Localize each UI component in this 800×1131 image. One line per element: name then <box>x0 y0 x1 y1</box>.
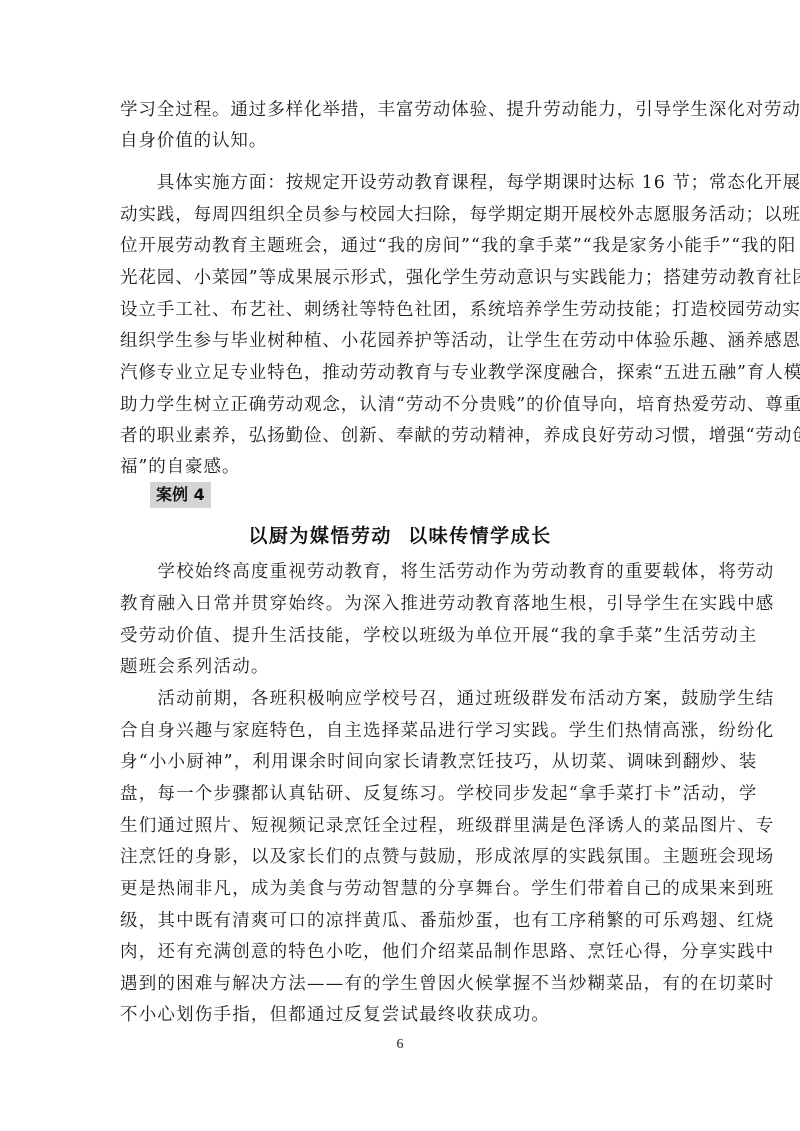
text-line: 合自身兴趣与家庭特色，自主选择菜品进行学习实践。学生们热情高涨，纷纷化 <box>120 720 682 742</box>
text-line: 汽修专业立足专业特色，推动劳动教育与专业教学深度融合，探索“五进五融”育人模式， <box>120 362 682 384</box>
text-line: 活动前期，各班积极响应学校号召，通过班级群发布活动方案，鼓励学生结 <box>120 688 682 710</box>
page-number: 6 <box>0 1037 800 1053</box>
text-line: 肉，还有充满创意的特色小吃，他们介绍菜品制作思路、烹饪心得，分享实践中 <box>120 941 682 963</box>
text-line: 学校始终高度重视劳动教育，将生活劳动作为劳动教育的重要载体，将劳动 <box>120 561 682 583</box>
text-line: 光花园、小菜园”等成果展示形式，强化学生劳动意识与实践能力；搭建劳动教育社团平台… <box>120 267 682 289</box>
text-line: 更是热闹非凡，成为美食与劳动智慧的分享舞台。学生们带着自己的成果来到班 <box>120 878 682 900</box>
text-line: 遇到的困难与解决方法——有的学生曾因火候掌握不当炒糊菜品，有的在切菜时 <box>120 973 682 995</box>
text-line: 身“小小厨神”，利用课余时间向家长请教烹饪技巧，从切菜、调味到翻炒、装 <box>120 751 682 773</box>
text-line: 动实践，每周四组织全员参与校园大扫除，每学期定期开展校外志愿服务活动；以班级为单 <box>120 204 682 226</box>
text-line: 级，其中既有清爽可口的凉拌黄瓜、番茄炒蛋，也有工序稍繁的可乐鸡翅、红烧 <box>120 910 682 932</box>
text-line: 设立手工社、布艺社、刺绣社等特色社团，系统培养学生劳动技能；打造校园劳动实践基地… <box>120 299 682 321</box>
text-line: 组织学生参与毕业树种植、小花园养护等活动，让学生在劳动中体验乐趣、涵养感恩情怀； <box>120 330 682 352</box>
text-line: 生们通过照片、短视频记录烹饪全过程，班级群里满是色泽诱人的菜品图片、专 <box>120 815 682 837</box>
text-line: 福”的自豪感。 <box>120 456 682 478</box>
text-line: 教育融入日常并贯穿始终。为深入推进劳动教育落地生根，引导学生在实践中感 <box>120 593 682 615</box>
case-title: 以厨为媒悟劳动 以味传情学成长 <box>0 524 800 548</box>
text-line: 者的职业素养，弘扬勤俭、创新、奉献的劳动精神，养成良好劳动习惯，增强“劳动创造幸 <box>120 425 682 447</box>
text-line: 不小心划伤手指，但都通过反复尝试最终收获成功。 <box>120 1004 682 1026</box>
text-line: 助力学生树立正确劳动观念，认清“劳动不分贵贱”的价值导向，培育热爱劳动、尊重劳动 <box>120 394 682 416</box>
text-line: 自身价值的认知。 <box>120 130 682 152</box>
document-page: 学习全过程。通过多样化举措，丰富劳动体验、提升劳动能力，引导学生深化对劳动价值与… <box>0 0 800 1131</box>
text-line: 学习全过程。通过多样化举措，丰富劳动体验、提升劳动能力，引导学生深化对劳动价值与 <box>120 99 682 121</box>
text-line: 注烹饪的身影，以及家长们的点赞与鼓励，形成浓厚的实践氛围。主题班会现场 <box>120 846 682 868</box>
text-line: 题班会系列活动。 <box>120 656 682 678</box>
text-line: 盘，每一个步骤都认真钻研、反复练习。学校同步发起“拿手菜打卡”活动，学 <box>120 783 682 805</box>
case-label: 案例 4 <box>150 482 211 508</box>
text-line: 受劳动价值、提升生活技能，学校以班级为单位开展“我的拿手菜”生活劳动主 <box>120 625 682 647</box>
text-line: 具体实施方面：按规定开设劳动教育课程，每学期课时达标 16 节；常态化开展校园劳 <box>120 172 682 194</box>
text-line: 位开展劳动教育主题班会，通过“我的房间”“我的拿手菜”“我是家务小能手”“我的阳 <box>120 235 682 257</box>
